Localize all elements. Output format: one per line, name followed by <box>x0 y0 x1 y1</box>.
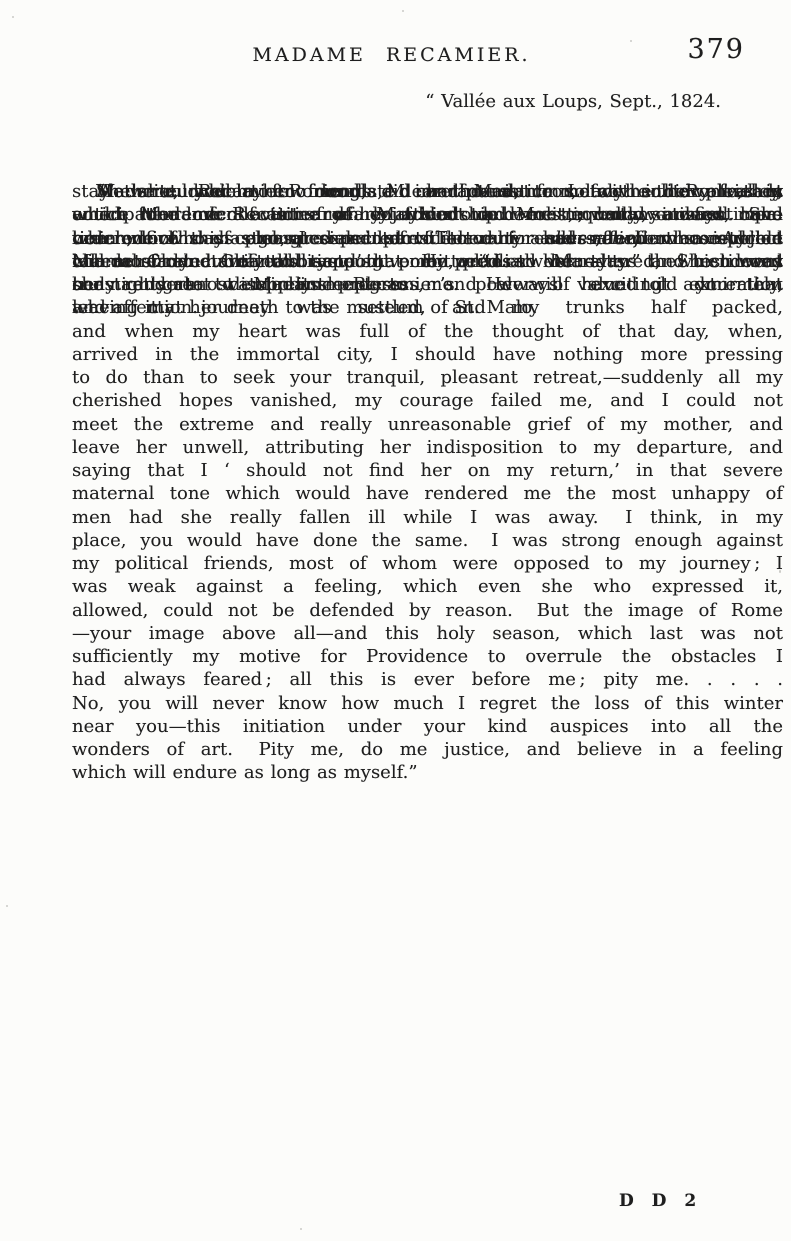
text-line: and affection. <box>72 296 783 319</box>
scan-speck <box>300 1228 302 1230</box>
text-line: wonders of art. Pity me, do me justice, … <box>72 738 783 761</box>
text-line: leave her unwell, attributing her indisp… <box>72 436 783 459</box>
text-line: my political friends, most of whom were … <box>72 552 783 575</box>
text-line: No, you will never know how much I regre… <box>72 692 783 715</box>
text-line: had always feared ; all this is ever bef… <box>72 668 783 691</box>
page-header: MADAME RECAMIER. 379 <box>36 44 747 78</box>
text-line: she renders to Madame Recamier’s power o… <box>72 273 783 296</box>
text-line: We should delay too long, did we pause t… <box>72 180 783 203</box>
text-line: near you—this initiation under your kind… <box>72 715 783 738</box>
text-line: saying that I ‘ should not find her on m… <box>72 459 783 482</box>
text-line: was weak against a feeling, which even s… <box>72 575 783 598</box>
paragraph: We should delay too long, did we pause t… <box>72 180 783 320</box>
signature-mark: D D 2 <box>619 1191 702 1211</box>
text-line: character and refined taste give a pecul… <box>72 250 783 273</box>
scan-speck <box>630 40 632 42</box>
page-number: 379 <box>687 34 745 65</box>
text-line: sufficiently my motive for Providence to… <box>72 645 783 668</box>
text-line: maternal tone which would have rendered … <box>72 482 783 505</box>
letter-dateline: “ Vallée aux Loups, Sept., 1824. <box>36 90 747 113</box>
text-line: to do than to seek your tranquil, pleasa… <box>72 366 783 389</box>
text-line: and when my heart was full of the though… <box>72 320 783 343</box>
text-line: which will endure as long as myself.” <box>72 761 783 784</box>
text-line: allowed, could not be defended by reason… <box>72 599 783 622</box>
text-line: meet the extreme and really unreasonable… <box>72 413 783 436</box>
text-line: tion one who has a special interest to o… <box>72 227 783 250</box>
text-line: arrived in the immortal city, I should h… <box>72 343 783 366</box>
text-line: whom Madame Recamier yearly added to her… <box>72 203 783 226</box>
book-page: MADAME RECAMIER. 379 stay there, which h… <box>0 0 791 1241</box>
scan-speck <box>402 10 404 12</box>
running-title: MADAME RECAMIER. <box>252 44 530 66</box>
scan-speck <box>779 570 781 573</box>
text-line: cherished hopes vanished, my courage fai… <box>72 389 783 412</box>
scan-speck <box>6 905 8 907</box>
scan-speck <box>12 16 14 18</box>
text-line: —your image above all—and this holy seas… <box>72 622 783 645</box>
text-line: men had she really fallen ill while I wa… <box>72 506 783 529</box>
page-body: stay there, which her friends M. and Mad… <box>36 90 747 113</box>
text-line: “ Vallée aux Loups, Sept., 1824. <box>36 90 747 113</box>
text-line: place, you would have done the same. I w… <box>72 529 783 552</box>
